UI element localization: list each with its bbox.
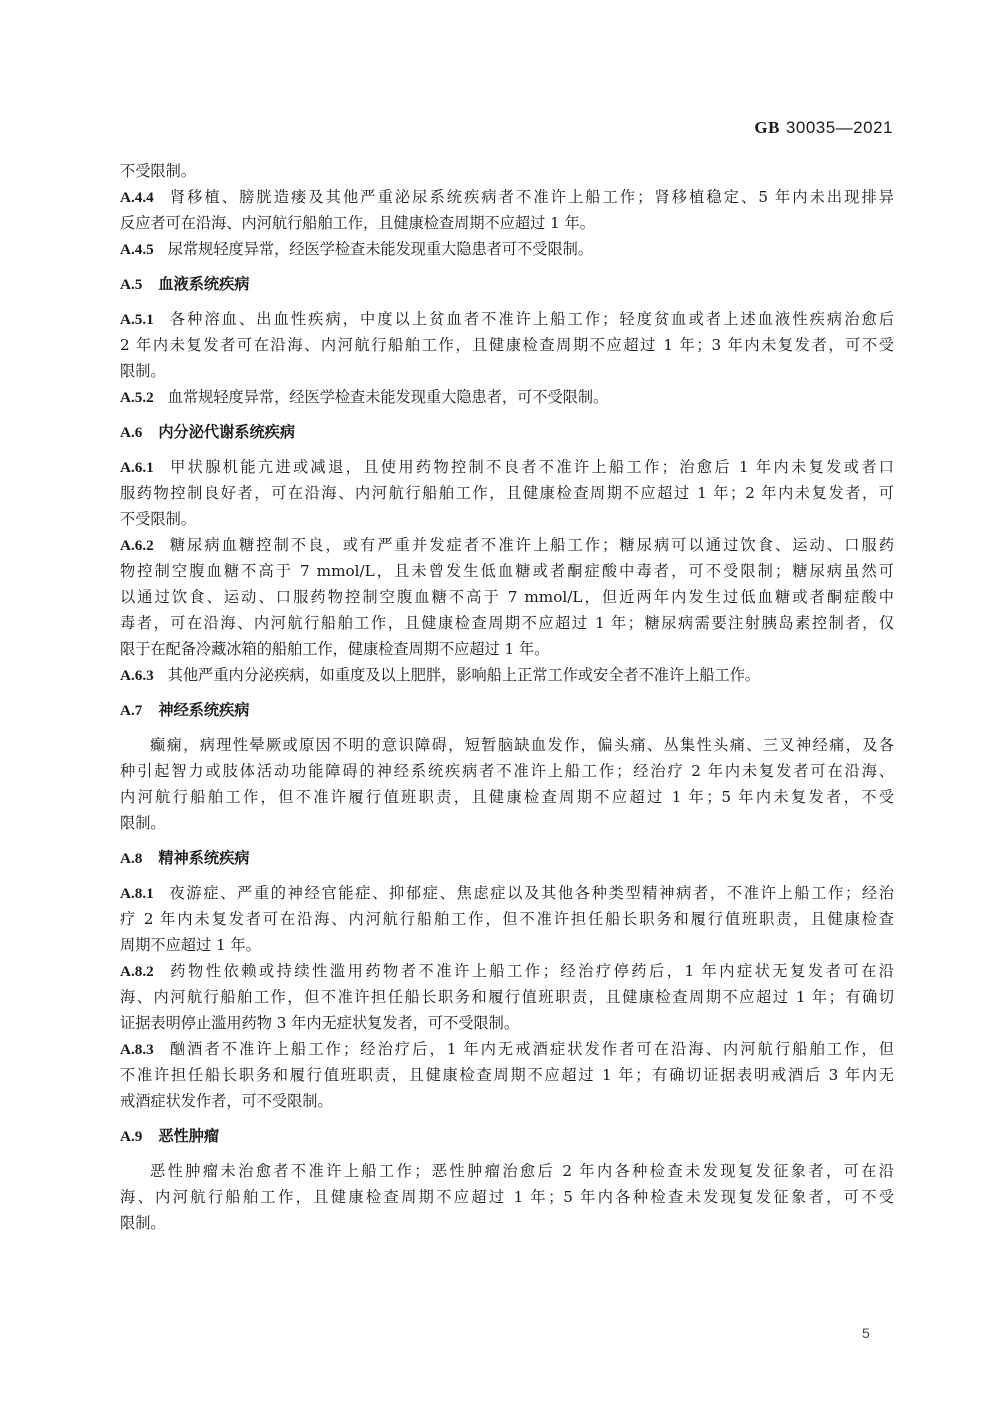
standard-prefix: GB bbox=[754, 118, 780, 137]
clause-text: 糖尿病血糖控制不良，或有严重并发症者不准许上船工作；糖尿病可以通过饮食、运动、口… bbox=[168, 536, 894, 554]
clause-text: 周期不应超过 1 年。 bbox=[120, 932, 894, 958]
standard-number: 30035—2021 bbox=[786, 118, 893, 137]
clause-text: 各种溶血、出血性疾病，中度以上贫血者不准许上船工作；轻度贫血或者上述血液性疾病治… bbox=[168, 310, 894, 328]
section-heading-a6: A.6内分泌代谢系统疾病 bbox=[120, 419, 894, 445]
clause-number: A.8.1 bbox=[120, 885, 154, 902]
section-heading-a9: A.9恶性肿瘤 bbox=[120, 1123, 894, 1149]
clause-a6-2: A.6.2糖尿病血糖控制不良，或有严重并发症者不准许上船工作；糖尿病可以通过饮食… bbox=[120, 532, 894, 662]
clause-number: A.4.5 bbox=[120, 241, 154, 258]
paragraph-a7: 癫痫，病理性晕厥或原因不明的意识障碍，短暂脑缺血发作，偏头痛、丛集性头痛、三叉神… bbox=[120, 732, 894, 836]
section-number: A.6 bbox=[120, 424, 142, 441]
clause-text: 不受限制。 bbox=[120, 506, 894, 532]
paragraph-text: 癫痫，病理性晕厥或原因不明的意识障碍，短暂脑缺血发作，偏头痛、丛集性头痛、三叉神… bbox=[120, 732, 894, 758]
standard-code-header: GB30035—2021 bbox=[754, 118, 893, 138]
clause-number: A.8.2 bbox=[120, 963, 154, 980]
clause-number: A.4.4 bbox=[120, 189, 154, 206]
clause-text: 毒者，可在沿海、内河航行船舶工作，且健康检查周期不应超过 1 年；糖尿病需要注射… bbox=[120, 610, 894, 636]
paragraph-a9: 恶性肿瘤未治愈者不准许上船工作；恶性肿瘤治愈后 2 年内各种检查未发现复发征象者… bbox=[120, 1158, 894, 1236]
paragraph-text: 限制。 bbox=[120, 1210, 894, 1236]
clause-a8-2: A.8.2药物性依赖或持续性滥用药物者不准许上船工作；经治疗停药后，1 年内症状… bbox=[120, 958, 894, 1036]
section-heading-a5: A.5血液系统疾病 bbox=[120, 271, 894, 297]
section-number: A.5 bbox=[120, 276, 142, 293]
clause-number: A.6.1 bbox=[120, 459, 154, 476]
clause-number: A.5.2 bbox=[120, 389, 154, 406]
clause-text: 药物性依赖或持续性滥用药物者不准许上船工作；经治疗停药后，1 年内症状无复发者可… bbox=[168, 962, 894, 980]
paragraph-text: 种引起智力或肢体活动功能障碍的神经系统疾病者不准许上船工作；经治疗 2 年内未复… bbox=[120, 758, 894, 784]
clause-text: 夜游症、严重的神经官能症、抑郁症、焦虑症以及其他各种类型精神病者，不准许上船工作… bbox=[168, 884, 894, 902]
clause-a5-1: A.5.1各种溶血、出血性疾病，中度以上贫血者不准许上船工作；轻度贫血或者上述血… bbox=[120, 306, 894, 384]
clause-text: 尿常规轻度异常，经医学检查未能发现重大隐患者可不受限制。 bbox=[168, 240, 593, 258]
clause-number: A.6.3 bbox=[120, 667, 154, 684]
clause-a6-3: A.6.3其他严重内分泌疾病，如重度及以上肥胖，影响船上正常工作或安全者不准许上… bbox=[120, 662, 894, 688]
clause-text: 物控制空腹血糖不高于 7 mmol/L，且未曾发生低血糖或者酮症酸中毒者，可不受… bbox=[120, 558, 894, 584]
clause-text: 限于在配备冷藏冰箱的船舶工作，健康检查周期不应超过 1 年。 bbox=[120, 636, 894, 662]
section-number: A.9 bbox=[120, 1128, 142, 1145]
section-title: 血液系统疾病 bbox=[158, 275, 249, 293]
paragraph-text: 内河航行船舶工作，但不准许履行值班职责，且健康检查周期不应超过 1 年；5 年内… bbox=[120, 784, 894, 810]
clause-a4-4: A.4.4肾移植、膀胱造瘘及其他严重泌尿系统疾病者不准许上船工作；肾移植稳定、5… bbox=[120, 184, 894, 236]
section-title: 神经系统疾病 bbox=[158, 701, 249, 719]
clause-a8-3: A.8.3酗酒者不准许上船工作；经治疗后，1 年内无戒酒症状发作者可在沿海、内河… bbox=[120, 1036, 894, 1114]
clause-text: 疗 2 年内未复发者可在沿海、内河航行船舶工作，但不准许担任船长职务和履行值班职… bbox=[120, 906, 894, 932]
page-number: 5 bbox=[862, 1325, 870, 1341]
clause-text: 戒酒症状发作者，可不受限制。 bbox=[120, 1088, 894, 1114]
paragraph-text: 海、内河航行船舶工作，且健康检查周期不应超过 1 年；5 年内各种检查未发现复发… bbox=[120, 1184, 894, 1210]
clause-a5-2: A.5.2血常规轻度异常，经医学检查未能发现重大隐患者，可不受限制。 bbox=[120, 384, 894, 410]
section-heading-a7: A.7神经系统疾病 bbox=[120, 697, 894, 723]
clause-text: 2 年内未复发者可在沿海、内河航行船舶工作，且健康检查周期不应超过 1 年；3 … bbox=[120, 332, 894, 358]
clause-number: A.6.2 bbox=[120, 537, 154, 554]
clause-text: 肾移植、膀胱造瘘及其他严重泌尿系统疾病者不准许上船工作；肾移植稳定、5 年内未出… bbox=[168, 188, 894, 206]
clause-text: 服药物控制良好者，可在沿海、内河航行船舶工作，且健康检查周期不应超过 1 年；2… bbox=[120, 480, 894, 506]
section-number: A.8 bbox=[120, 850, 142, 867]
clause-text: 以通过饮食、运动、口服药物控制空腹血糖不高于 7 mmol/L，但近两年内发生过… bbox=[120, 584, 894, 610]
clause-text: 血常规轻度异常，经医学检查未能发现重大隐患者，可不受限制。 bbox=[168, 388, 608, 406]
clause-text: 海、内河航行船舶工作，但不准许担任船长职务和履行值班职责，且健康检查周期不应超过… bbox=[120, 984, 894, 1010]
clause-text: 酗酒者不准许上船工作；经治疗后，1 年内无戒酒症状发作者可在沿海、内河航行船舶工… bbox=[168, 1040, 894, 1058]
paragraph-text: 恶性肿瘤未治愈者不准许上船工作；恶性肿瘤治愈后 2 年内各种检查未发现复发征象者… bbox=[120, 1158, 894, 1184]
clause-text: 不准许担任船长职务和履行值班职责，且健康检查周期不应超过 1 年；有确切证据表明… bbox=[120, 1062, 894, 1088]
document-body: 不受限制。 A.4.4肾移植、膀胱造瘘及其他严重泌尿系统疾病者不准许上船工作；肾… bbox=[120, 158, 894, 1236]
paragraph-text: 限制。 bbox=[120, 810, 894, 836]
section-heading-a8: A.8精神系统疾病 bbox=[120, 845, 894, 871]
section-title: 精神系统疾病 bbox=[158, 849, 249, 867]
clause-text: 反应者可在沿海、内河航行船舶工作，且健康检查周期不应超过 1 年。 bbox=[120, 210, 894, 236]
clause-text: 限制。 bbox=[120, 358, 894, 384]
section-number: A.7 bbox=[120, 702, 142, 719]
clause-number: A.8.3 bbox=[120, 1041, 154, 1058]
section-title: 恶性肿瘤 bbox=[158, 1127, 219, 1145]
clause-text: 其他严重内分泌疾病，如重度及以上肥胖，影响船上正常工作或安全者不准许上船工作。 bbox=[168, 666, 760, 684]
section-title: 内分泌代谢系统疾病 bbox=[158, 423, 295, 441]
clause-a8-1: A.8.1夜游症、严重的神经官能症、抑郁症、焦虑症以及其他各种类型精神病者，不准… bbox=[120, 880, 894, 958]
clause-text: 甲状腺机能亢进或减退，且使用药物控制不良者不准许上船工作；治愈后 1 年内未复发… bbox=[168, 458, 894, 476]
clause-a44-tail: 不受限制。 bbox=[120, 158, 894, 184]
clause-number: A.5.1 bbox=[120, 311, 154, 328]
clause-a4-5: A.4.5尿常规轻度异常，经医学检查未能发现重大隐患者可不受限制。 bbox=[120, 236, 894, 262]
clause-a6-1: A.6.1甲状腺机能亢进或减退，且使用药物控制不良者不准许上船工作；治愈后 1 … bbox=[120, 454, 894, 532]
clause-text: 证据表明停止滥用药物 3 年内无症状复发者，可不受限制。 bbox=[120, 1010, 894, 1036]
